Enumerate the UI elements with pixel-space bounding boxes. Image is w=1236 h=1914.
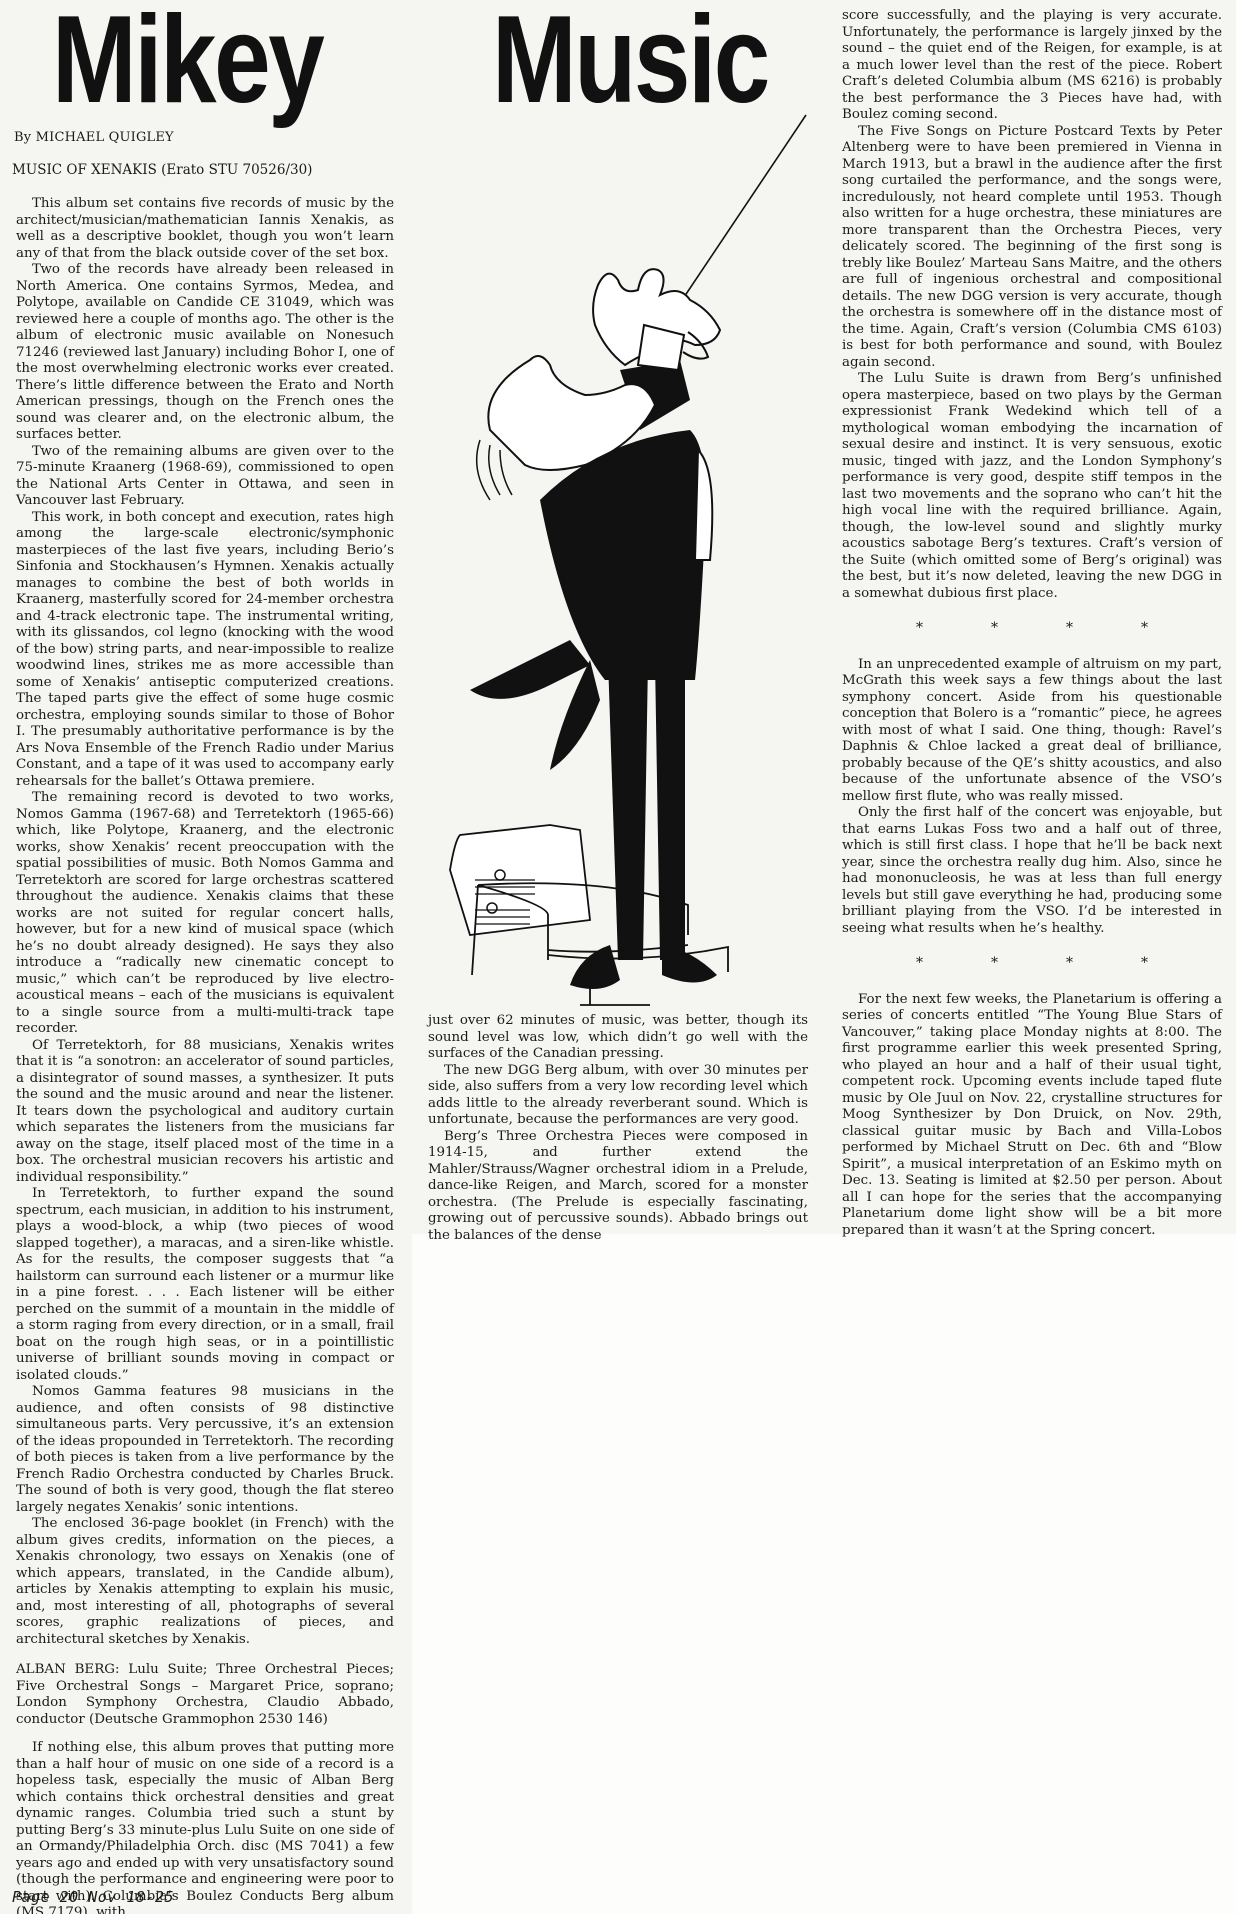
- review-title-xenakis: MUSIC OF XENAKIS (Erato STU 70526/30): [12, 162, 312, 178]
- masthead-word-mikey: Mikey: [52, 0, 322, 122]
- column-middle: just over 62 minutes of music, was bette…: [428, 1013, 808, 1244]
- podium-drawing-icon: [470, 880, 800, 1010]
- planetarium-paragraph: For the next few weeks, the Planetarium …: [842, 992, 1222, 1240]
- xenakis-paragraph: Of Terretektorh, for 88 musicians, Xenak…: [16, 1038, 394, 1187]
- xenakis-paragraph: The enclosed 36-page booklet (in French)…: [16, 1516, 394, 1648]
- separator-star: *: [1066, 955, 1073, 972]
- section-separator: * * * *: [842, 620, 1222, 637]
- xenakis-paragraph: This work, in both concept and execution…: [16, 510, 394, 791]
- conductor-drawing-icon: [430, 100, 830, 1000]
- berg-paragraph: Berg’s Three Orchestra Pieces were compo…: [428, 1129, 808, 1245]
- separator-star: *: [1066, 620, 1073, 637]
- xenakis-paragraph: Two of the records have already been rel…: [16, 262, 394, 444]
- page-folio: Page 20 Nov 18-25: [12, 1888, 174, 1906]
- xenakis-paragraph: Nomos Gamma features 98 musicians in the…: [16, 1384, 394, 1516]
- separator-star: *: [916, 620, 923, 637]
- separator-star: *: [1141, 955, 1148, 972]
- separator-star: *: [991, 620, 998, 637]
- symphony-paragraph: In an unprecedented example of altruism …: [842, 657, 1222, 806]
- symphony-paragraph: Only the first half of the concert was e…: [842, 805, 1222, 937]
- xenakis-paragraph: Two of the remaining albums are given ov…: [16, 444, 394, 510]
- section-separator: * * * *: [842, 955, 1222, 972]
- xenakis-paragraph: In Terretektorh, to further expand the s…: [16, 1186, 394, 1384]
- berg-paragraph: The Five Songs on Picture Postcard Texts…: [842, 124, 1222, 372]
- column-left: This album set contains five records of …: [16, 196, 394, 1914]
- berg-paragraph: just over 62 minutes of music, was bette…: [428, 1013, 808, 1063]
- xenakis-paragraph: This album set contains five records of …: [16, 196, 394, 262]
- masthead: Mikey Music: [0, 6, 820, 114]
- column-right: score successfully, and the playing is v…: [842, 8, 1222, 1239]
- xenakis-paragraph: The remaining record is devoted to two w…: [16, 790, 394, 1038]
- conductor-illustration: [430, 100, 830, 1000]
- berg-paragraph: The Lulu Suite is drawn from Berg’s unfi…: [842, 371, 1222, 602]
- separator-star: *: [991, 955, 998, 972]
- byline: By MICHAEL QUIGLEY: [14, 130, 174, 145]
- berg-paragraph: The new DGG Berg album, with over 30 min…: [428, 1063, 808, 1129]
- review-title-berg: ALBAN BERG: Lulu Suite; Three Orchestral…: [16, 1662, 394, 1728]
- separator-star: *: [1141, 620, 1148, 637]
- berg-paragraph: score successfully, and the playing is v…: [842, 8, 1222, 124]
- separator-star: *: [916, 955, 923, 972]
